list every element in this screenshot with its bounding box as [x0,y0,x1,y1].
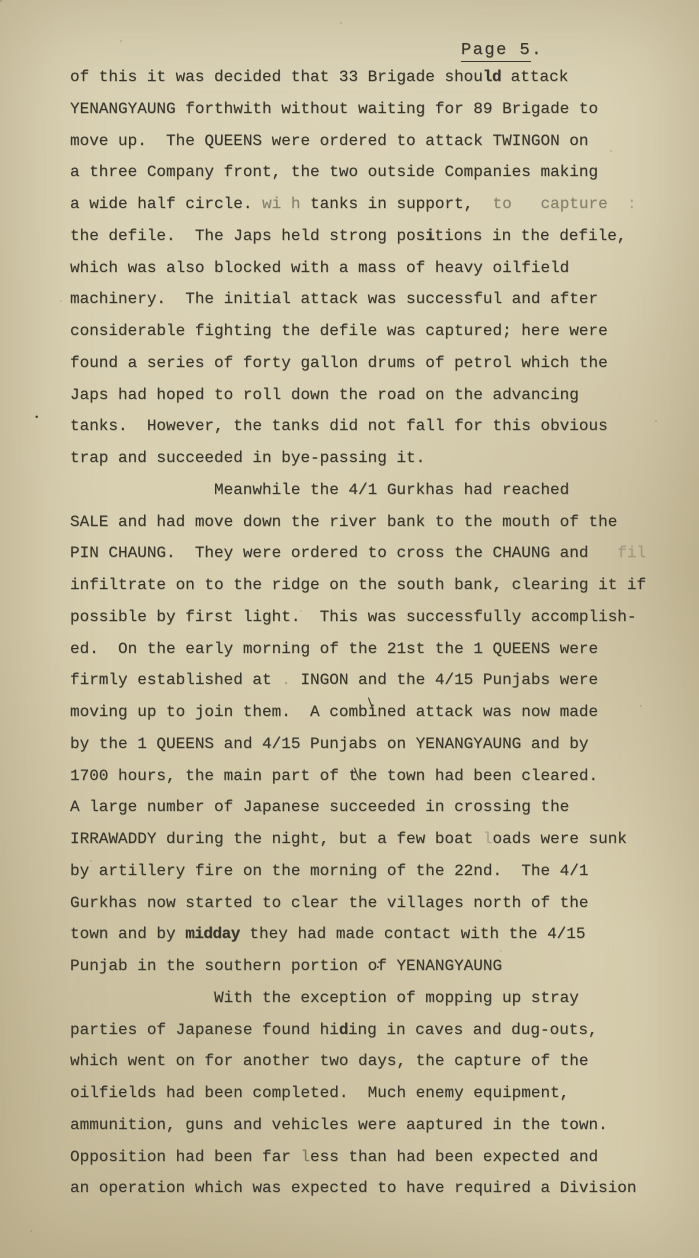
text-segment: Gurkhas now started to clear the village… [70,894,588,912]
text-line: which went on for another two days, the … [70,1046,680,1078]
text-line: the defile. The Japs held strong positio… [70,221,680,253]
text-line: a three Company front, the two outside C… [70,157,680,189]
text-segment: tanks in support, [310,195,483,213]
text-segment: IRRAWADDY during the night, but a few bo… [70,830,483,848]
scanned-document-page: Page 5. of this it was decided that 33 B… [0,0,699,1258]
text-segment: ed. On the early morning of the 21st the… [70,640,598,658]
text-segment: INGON and the 4/15 Punjabs were [300,671,598,689]
text-segment: i [425,227,434,245]
text-segment: d [339,1021,348,1039]
text-segment: town and by [70,925,185,943]
text-line: considerable fighting the defile was cap… [70,316,680,348]
text-segment: trap and succeeded in bye-passing it. [70,449,425,467]
text-segment: possible by first light. This was succes… [70,608,637,626]
text-line: moving up to join them. A combined attac… [70,697,680,729]
text-line: oilfields had been completed. Much enemy… [70,1078,680,1110]
text-line: ed. On the early morning of the 21st the… [70,634,680,666]
text-segment: capture [531,195,617,213]
text-segment: Japs had hoped to roll down the road on … [70,386,579,404]
text-line: parties of Japanese found hiding in cave… [70,1015,680,1047]
text-segment: which went on for another two days, the … [70,1052,588,1070]
text-segment: ess than had been expected and [310,1148,598,1166]
text-line: Opposition had been far less than had be… [70,1142,680,1174]
text-segment: l [300,1148,310,1166]
text-line: an operation which was expected to have … [70,1173,680,1205]
text-line: YENANGYAUNG forthwith without waiting fo… [70,94,680,126]
text-line: Japs had hoped to roll down the road on … [70,380,680,412]
text-segment: 1700 hours, the main part of the town ha… [70,767,598,785]
text-segment: PIN CHAUNG. They were ordered to cross t… [70,544,598,562]
stray-period-mark: . [370,986,378,999]
text-segment: parties of Japanese found hi [70,1021,339,1039]
text-segment: to [483,195,531,213]
text-line: ammunition, guns and vehicles were aaptu… [70,1110,680,1142]
text-segment: SALE and had move down the river bank to… [70,513,617,531]
text-line: by artillery fire on the morning of the … [70,856,680,888]
text-segment: a wide half circle. [70,195,262,213]
text-segment: wi h [262,195,310,213]
text-line: a wide half circle. wi h tanks in suppor… [70,189,680,221]
text-segment: With the exception of mopping up stray [214,989,579,1007]
text-segment: moving up to join them. A combined attac… [70,703,598,721]
text-line: found a series of forty gallon drums of … [70,348,680,380]
text-segment: ld [483,68,501,86]
text-segment: the defile. The Japs held strong pos [70,227,425,245]
text-segment: fil [598,544,646,562]
text-segment: firmly established at [70,671,281,689]
text-line: PIN CHAUNG. They were ordered to cross t… [70,538,680,570]
text-segment: A large number of Japanese succeeded in … [70,798,569,816]
text-segment: by the 1 QUEENS and 4/15 Punjabs on YENA… [70,735,588,753]
text-segment: oilfields had been completed. Much enemy… [70,1084,569,1102]
text-line: by the 1 QUEENS and 4/15 Punjabs on YENA… [70,729,680,761]
text-segment: Meanwhile the 4/1 Gurkhas had reached [214,481,569,499]
text-segment: . [281,671,300,689]
text-segment: oads were sunk [492,830,626,848]
text-segment: attack [501,68,568,86]
text-line: town and by midday they had made contact… [70,919,680,951]
text-segment: infiltrate on to the ridge on the south … [70,576,646,594]
text-segment: an operation which was expected to have … [70,1179,637,1197]
stray-period-mark: . [374,958,382,971]
text-segment: tions in the defile, [434,227,626,245]
stray-apostrophe-mark: ' [275,1156,283,1170]
text-line: SALE and had move down the river bank to… [70,507,680,539]
text-segment: Punjab in the southern portion of YENANG… [70,957,502,975]
text-segment: machinery. The initial attack was succes… [70,290,598,308]
page-header: Page 5. [461,41,543,60]
text-segment: of this it was decided that 33 Brigade s… [70,68,483,86]
text-line: infiltrate on to the ridge on the south … [70,570,680,602]
text-line: possible by first light. This was succes… [70,602,680,634]
text-line: Meanwhile the 4/1 Gurkhas had reached [70,475,680,507]
text-segment: l [483,830,493,848]
text-line: machinery. The initial attack was succes… [70,284,680,316]
text-line: trap and succeeded in bye-passing it. [70,443,680,475]
text-segment: found a series of forty gallon drums of … [70,354,608,372]
text-segment: they had made contact with the 4/15 [240,925,586,943]
text-segment: midday [185,925,240,943]
text-segment: which was also blocked with a mass of he… [70,259,569,277]
text-segment: tanks. However, the tanks did not fall f… [70,417,608,435]
text-segment: by artillery fire on the morning of the … [70,862,588,880]
text-line: Gurkhas now started to clear the village… [70,888,680,920]
stray-ink-dot: • [34,414,39,423]
text-line: of this it was decided that 33 Brigade s… [70,62,680,94]
text-line: firmly established at . INGON and the 4/… [70,665,680,697]
text-line: 1700 hours, the main part of the town ha… [70,761,680,793]
text-line: which was also blocked with a mass of he… [70,253,680,285]
text-line: move up. The QUEENS were ordered to atta… [70,126,680,158]
text-segment: considerable fighting the defile was cap… [70,322,608,340]
document-text: of this it was decided that 33 Brigade s… [70,62,680,1205]
text-line: A large number of Japanese succeeded in … [70,792,680,824]
text-segment: ing in caves and dug-outs, [348,1021,598,1039]
text-segment: move up. The QUEENS were ordered to atta… [70,132,588,150]
text-segment: YENANGYAUNG forthwith without waiting fo… [70,100,598,118]
text-line: tanks. However, the tanks did not fall f… [70,411,680,443]
text-segment: ammunition, guns and vehicles were aaptu… [70,1116,608,1134]
text-segment: : [617,195,636,213]
text-segment: Opposition had been far [70,1148,300,1166]
text-segment: a three Company front, the two outside C… [70,163,598,181]
page-number: Page 5 [461,41,531,62]
page-number-period: . [531,41,543,60]
text-line: IRRAWADDY during the night, but a few bo… [70,824,680,856]
paper-speckle-texture [0,0,2,2]
